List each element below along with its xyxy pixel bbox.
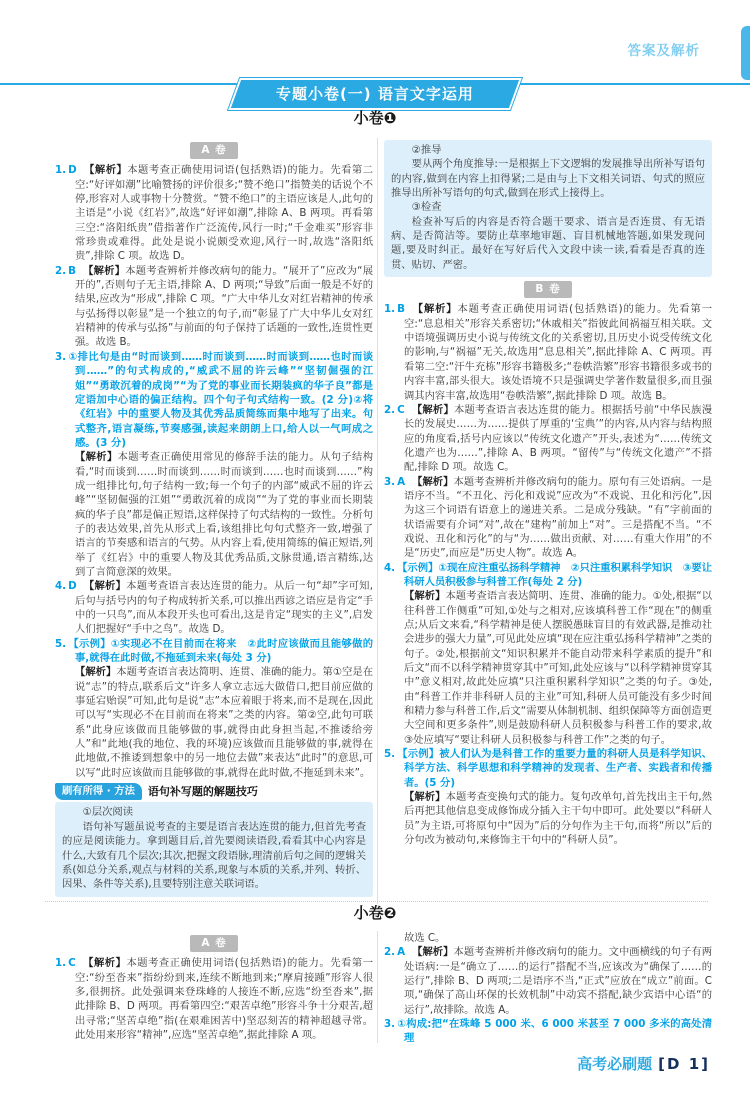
analysis-label: 【解析】 [412,404,454,416]
column-divider [377,138,378,904]
analysis-paragraph: 1.B【解析】本题考查正确使用词语(包括熟语)的能力。先看第一空:“息息相关”形… [384,302,712,402]
analysis-label: 【解析】 [412,303,458,315]
footer-page-code: [D 1] [658,1055,710,1073]
section2-left-column: A 卷1.C【解析】本题考查正确使用词语(包括熟语)的能力。先看第一空:“纷至沓… [55,931,373,1043]
method-paragraph: ②推导 [391,143,705,157]
section-separator [45,901,708,902]
answer-letter: A [397,946,405,958]
answer-item: 2.C【解析】本题考查语言表达连贯的能力。根据括号前“中华民族漫长的发展史……为… [384,403,712,475]
answer-item: 2.A【解析】本题考查辨析并修改病句的能力。文中画横线的句子有两处语病:一是“确… [384,945,712,1017]
chapter-banner-title: 专题小卷(一) 语言文字运用 [276,87,474,101]
analysis-paragraph: 1.D【解析】本题考查正确使用词语(包括熟语)的能力。先看第二空:“好评如潮”比… [55,163,373,263]
method-box-panel: ②推导要从两个角度推导:一是根据上下文逻辑的发展推导出所补写语句的内容,做到在内… [384,140,712,277]
footer-brand: 高考必刷题 [577,1055,652,1073]
method-paragraph: 检查补写后的内容是否符合题干要求、语言是否连贯、有无语病、是否简洁等。要防止草率… [391,215,705,272]
question-number: 4. [55,580,66,592]
answer-letter: C [397,404,405,416]
method-paragraph: ③检查 [391,200,705,214]
question-number: 1. [55,957,66,969]
section1-columns: A 卷1.D【解析】本题考查正确使用词语(包括熟语)的能力。先看第二空:“好评如… [55,138,712,904]
answer-paragraph: 5.【示例】①实现必不在目前而在将来 ②此时应该做而且能够做的事,就得在此时做,… [55,637,373,666]
answer-letter: D [68,164,77,176]
answer-item: 3.A【解析】本题考查辨析并修改病句的能力。原句有三处语病。一是语序不当。“不丑… [384,475,712,561]
answer-item: 1.C【解析】本题考查正确使用词语(包括熟语)的能力。先看第一空:“纷至沓来”指… [55,956,373,1042]
section2-columns: A 卷1.C【解析】本题考查正确使用词语(包括熟语)的能力。先看第一空:“纷至沓… [55,931,712,1043]
answer-paragraph: 3.①构成:把“在珠峰 5 000 米、6 000 米甚至 7 000 多米的高… [384,1017,712,1043]
question-number: 3. [384,476,395,488]
answer-item: 3.①构成:把“在珠峰 5 000 米、6 000 米甚至 7 000 多米的高… [384,1017,712,1043]
question-number: 1. [384,303,395,315]
answer-item: 1.B【解析】本题考查正确使用词语(包括熟语)的能力。先看第一空:“息息相关”形… [384,302,712,402]
analysis-paragraph: 2.A【解析】本题考查辨析并修改病句的能力。文中画横线的句子有两处语病:一是“确… [384,945,712,1017]
paper-badge: B 卷 [524,281,572,298]
answer-item: 4.D【解析】本题考查语言表达连贯的能力。从后一句“却”字可知,后句与括号内的句… [55,579,373,636]
method-box-panel: ①层次阅读语句补写题虽说考查的主要是语言表达连贯的能力,但首先考查的应是阅读能力… [55,802,373,896]
method-box-header: 刷有所得 · 方法语句补写题的解题技巧 [55,783,373,800]
chapter-banner: 专题小卷(一) 语言文字运用 [228,78,522,110]
analysis-label: 【解析】 [412,476,453,488]
method-box-title: 语句补写题的解题技巧 [148,785,258,799]
analysis-label: 【解析】 [404,590,445,602]
question-number: 2. [384,946,395,958]
answer-item: 5.【示例】被人们认为是科普工作的重要力量的科研人员是科学知识、科学方法、科学思… [384,747,712,847]
analysis-label: 【解析】 [404,791,446,803]
analysis-paragraph: 3.A【解析】本题考查辨析并修改病句的能力。原句有三处语病。一是语序不当。“不丑… [384,475,712,561]
answer-letter: C [68,957,76,969]
analysis-label: 【解析】 [84,164,128,176]
analysis-paragraph: 【解析】本题考查语言表达简明、连贯、准确的能力。①处,根据“以往科普工作侧重”可… [384,589,712,747]
answer-paragraph: 4.【示例】①现在应注重弘扬科学精神 ②只注重积累科学知识 ③要让科研人员积极参… [384,561,712,590]
answer-paragraph: 3.①排比句是由“时而谈到……时而谈到……时而谈到……也时而谈到……”的句式构成… [55,350,373,450]
section1-left-column: A 卷1.D【解析】本题考查正确使用词语(包括熟语)的能力。先看第二空:“好评如… [55,138,373,904]
answer-item: 3.①排比句是由“时而谈到……时而谈到……时而谈到……也时而谈到……”的句式构成… [55,350,373,580]
question-number: 2. [384,404,395,416]
section2-title: 小卷❷ [0,906,750,920]
page-footer: 高考必刷题[D 1] [577,1057,710,1071]
column-divider [377,931,378,1043]
question-number: 5. [384,748,395,760]
answer-paragraph: 5.【示例】被人们认为是科普工作的重要力量的科研人员是科学知识、科学方法、科学思… [384,747,712,790]
analysis-paragraph: 【解析】本题考查语言表达简明、连贯、准确的能力。第①空是在说“志”的特点,联系后… [55,665,373,780]
analysis-label: 【解析】 [412,946,453,958]
method-paragraph: 语句补写题虽说考查的主要是语言表达连贯的能力,但首先考查的应是阅读能力。拿到题目… [62,820,366,892]
analysis-paragraph: 【解析】本题考查正确使用常见的修辞手法的能力。从句子结构看,“时而谈到……时而谈… [55,450,373,579]
paper-badge: A 卷 [190,935,238,952]
paper-badge: A 卷 [190,142,238,159]
question-number: 2. [55,265,66,277]
method-paragraph: ①层次阅读 [62,805,366,819]
analysis-label: 【解析】 [84,580,127,592]
section1-title: 小卷❶ [0,111,750,125]
answer-item: 4.【示例】①现在应注重弘扬科学精神 ②只注重积累科学知识 ③要让科研人员积极参… [384,561,712,747]
analysis-label: 【解析】 [75,666,116,678]
analysis-paragraph: 2.C【解析】本题考查语言表达连贯的能力。根据括号前“中华民族漫长的发展史……为… [384,403,712,475]
page-edge-tab [741,26,750,80]
method-badge: 刷有所得 · 方法 [55,783,142,800]
analysis-paragraph: 4.D【解析】本题考查语言表达连贯的能力。从后一句“却”字可知,后句与括号内的句… [55,579,373,636]
answer-letter: B [68,265,76,277]
answer-item: 1.D【解析】本题考查正确使用词语(包括熟语)的能力。先看第二空:“好评如潮”比… [55,163,373,263]
question-number: 1. [55,164,66,176]
method-paragraph: 要从两个角度推导:一是根据上下文逻辑的发展推导出所补写语句的内容,做到在内容上扣… [391,157,705,200]
page-tab-label: 答案及解析 [628,44,701,58]
answer-item: 2.B【解析】本题考查辨析并修改病句的能力。“展开了”应改为“展开的”,否则句子… [55,264,373,350]
section2-right-column: 故选 C。2.A【解析】本题考查辨析并修改病句的能力。文中画横线的句子有两处语病… [384,931,712,1043]
question-number: 3. [55,351,66,363]
analysis-label: 【解析】 [75,451,118,463]
analysis-paragraph: 1.C【解析】本题考查正确使用词语(包括熟语)的能力。先看第一空:“纷至沓来”指… [55,956,373,1042]
analysis-paragraph: 2.B【解析】本题考查辨析并修改病句的能力。“展开了”应改为“展开的”,否则句子… [55,264,373,350]
analysis-label: 【解析】 [83,265,125,277]
question-number: 5. [55,638,66,650]
answer-letter: A [397,476,405,488]
analysis-paragraph: 【解析】本题考查变换句式的能力。复句改单句,首先找出主干句,然后再把其他信息变成… [384,790,712,847]
answer-letter: D [68,580,77,592]
analysis-label: 【解析】 [83,957,127,969]
answer-letter: B [397,303,405,315]
question-number: 4. [384,562,395,574]
question-number: 3. [384,1018,395,1030]
section1-right-column: ②推导要从两个角度推导:一是根据上下文逻辑的发展推导出所补写语句的内容,做到在内… [384,138,712,904]
continued-paragraph: 故选 C。 [384,931,712,945]
answer-item: 5.【示例】①实现必不在目前而在将来 ②此时应该做而且能够做的事,就得在此时做,… [55,637,373,780]
